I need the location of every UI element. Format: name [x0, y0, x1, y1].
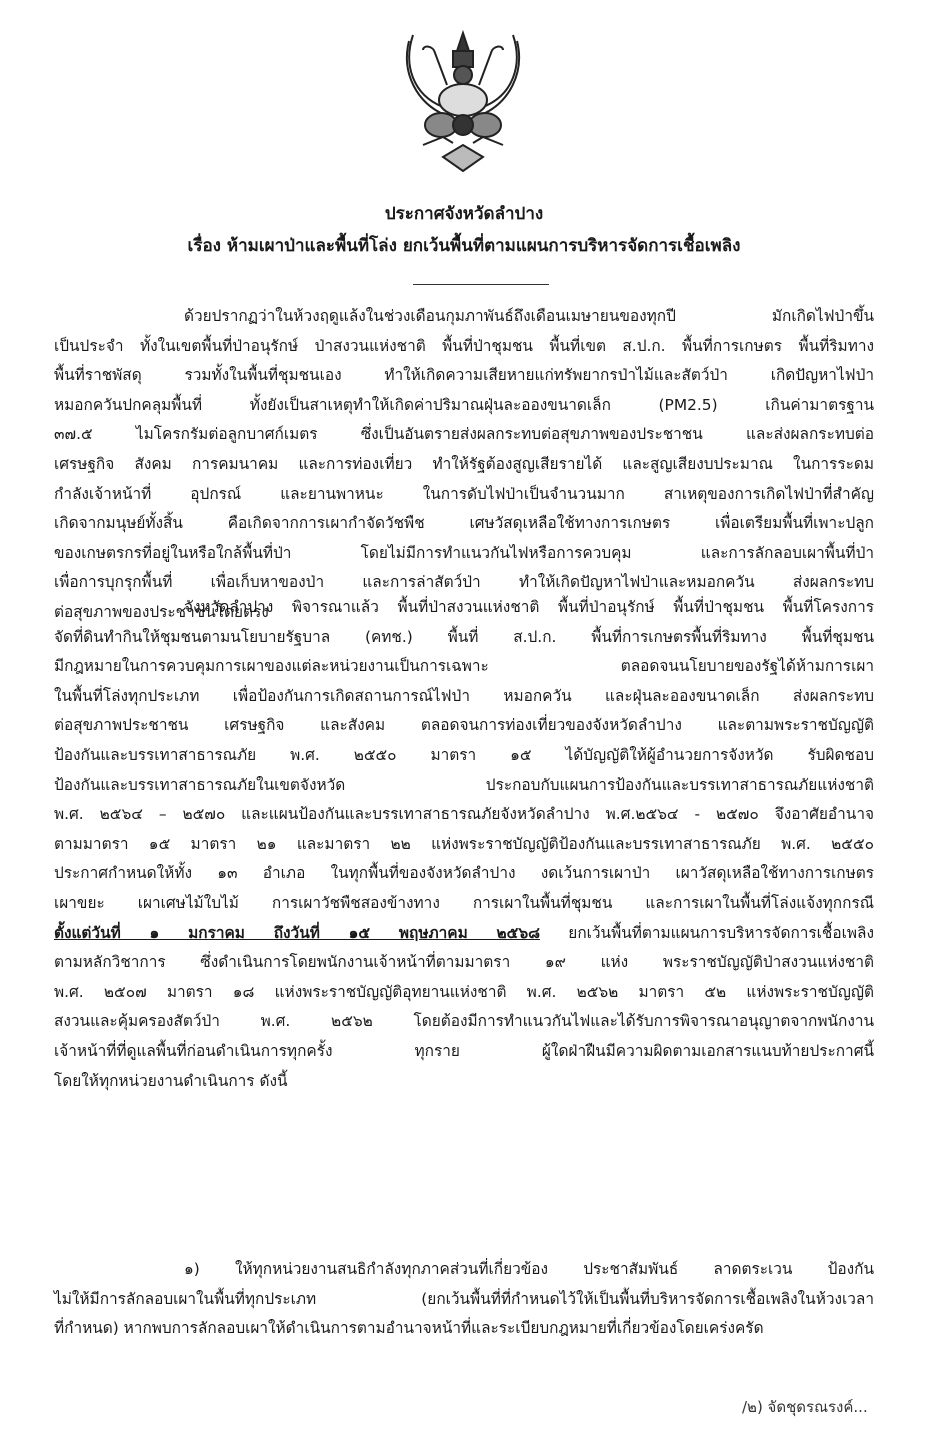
- text-line: ๑) ให้ทุกหน่วยงานสนธิกำลังทุกภาคส่วนที่เ…: [54, 1255, 874, 1285]
- document-subject: เรื่อง ห้ามเผาป่าและพื้นที่โล่ง ยกเว้นพื…: [0, 232, 928, 259]
- text-line: เป็นประจำ ทั้งในเขตพื้นที่ป่าอนุรักษ์ ป่…: [54, 332, 874, 362]
- paragraph-1: ด้วยปรากฏว่าในห้วงฤดูแล้งในช่วงเดือนกุมภ…: [54, 302, 874, 628]
- continuation-note: /๒) จัดชุดรณรงค์...: [742, 1395, 868, 1419]
- text-line: ตามมาตรา ๑๕ มาตรา ๒๑ และมาตรา ๒๒ แห่งพระ…: [54, 830, 874, 860]
- date-range-line: ตั้งแต่วันที่ ๑ มกราคม ถึงวันที่ ๑๕ พฤษภ…: [54, 919, 874, 949]
- garuda-emblem-icon: [383, 25, 543, 175]
- text-line: โดยให้ทุกหน่วยงานดำเนินการ ดังนี้: [54, 1067, 874, 1097]
- item-1: ๑) ให้ทุกหน่วยงานสนธิกำลังทุกภาคส่วนที่เ…: [54, 1255, 874, 1344]
- text-line: จัดที่ดินทำกินให้ชุมชนตามนโยบายรัฐบาล (ค…: [54, 623, 874, 653]
- text-line: ๓๗.๕ ไมโครกรัมต่อลูกบาศก์เมตร ซึ่งเป็นอั…: [54, 420, 874, 450]
- exception-text: ยกเว้นพื้นที่ตามแผนการบริหารจัดการเชื้อเ…: [540, 924, 874, 942]
- text-line: ด้วยปรากฏว่าในห้วงฤดูแล้งในช่วงเดือนกุมภ…: [54, 302, 874, 332]
- text-line: ประกาศกำหนดให้ทั้ง ๑๓ อำเภอ ในทุกพื้นที่…: [54, 859, 874, 889]
- text-line: เกิดจากมนุษย์ทั้งสิ้น คือเกิดจากการเผากำ…: [54, 509, 874, 539]
- text-line: ในพื้นที่โล่งทุกประเภท เพื่อป้องกันการเก…: [54, 682, 874, 712]
- text-line: เศรษฐกิจ สังคม การคมนาคม และการท่องเที่ย…: [54, 450, 874, 480]
- text-line: พ.ศ. ๒๕๖๔ – ๒๕๗๐ และแผนป้องกันและบรรเทาส…: [54, 800, 874, 830]
- text-line: มีกฎหมายในการควบคุมการเผาของแต่ละหน่วยงา…: [54, 652, 874, 682]
- text-line: ของเกษตรกรที่อยู่ในหรือใกล้พื้นที่ป่า โด…: [54, 539, 874, 569]
- text-line: เจ้าหน้าที่ที่ดูแลพื้นที่ก่อนดำเนินการทุ…: [54, 1037, 874, 1067]
- text-line: ป้องกันและบรรเทาสาธารณภัย พ.ศ. ๒๕๕๐ มาตร…: [54, 741, 874, 771]
- text-line: หมอกควันปกคลุมพื้นที่ ทั้งยังเป็นสาเหตุท…: [54, 391, 874, 421]
- paragraph-2: จังหวัดลำปาง พิจารณาแล้ว พื้นที่ป่าสงวนแ…: [54, 593, 874, 1096]
- title-divider: [413, 284, 549, 285]
- text-line: กำลังเจ้าหน้าที่ อุปกรณ์ และยานพาหนะ ในก…: [54, 480, 874, 510]
- text-line: พื้นที่ราชพัสดุ รวมทั้งในพื้นที่ชุมชนเอง…: [54, 361, 874, 391]
- text-line: ต่อสุขภาพประชาชน เศรษฐกิจ และสังคม ตลอดจ…: [54, 711, 874, 741]
- text-line: ป้องกันและบรรเทาสาธารณภัยในเขตจังหวัด ปร…: [54, 771, 874, 801]
- text-line: ตามหลักวิชาการ ซึ่งดำเนินการโดยพนักงานเจ…: [54, 948, 874, 978]
- text-line: พ.ศ. ๒๕๐๗ มาตรา ๑๘ แห่งพระราชบัญญัติอุทย…: [54, 978, 874, 1008]
- text-line: จังหวัดลำปาง พิจารณาแล้ว พื้นที่ป่าสงวนแ…: [54, 593, 874, 623]
- text-line: ไม่ให้มีการลักลอบเผาในพื้นที่ทุกประเภท (…: [54, 1285, 874, 1315]
- document-title: ประกาศจังหวัดลำปาง: [0, 200, 928, 227]
- text-line: ที่กำหนด) หากพบการลักลอบเผาให้ดำเนินการต…: [54, 1314, 874, 1344]
- ban-period-emphasis: ตั้งแต่วันที่ ๑ มกราคม ถึงวันที่ ๑๕ พฤษภ…: [54, 924, 540, 942]
- text-line: สงวนและคุ้มครองสัตว์ป่า พ.ศ. ๒๕๖๒ โดยต้อ…: [54, 1007, 874, 1037]
- text-line: เผาขยะ เผาเศษไม้ใบไม้ การเผาวัชพืชสองข้า…: [54, 889, 874, 919]
